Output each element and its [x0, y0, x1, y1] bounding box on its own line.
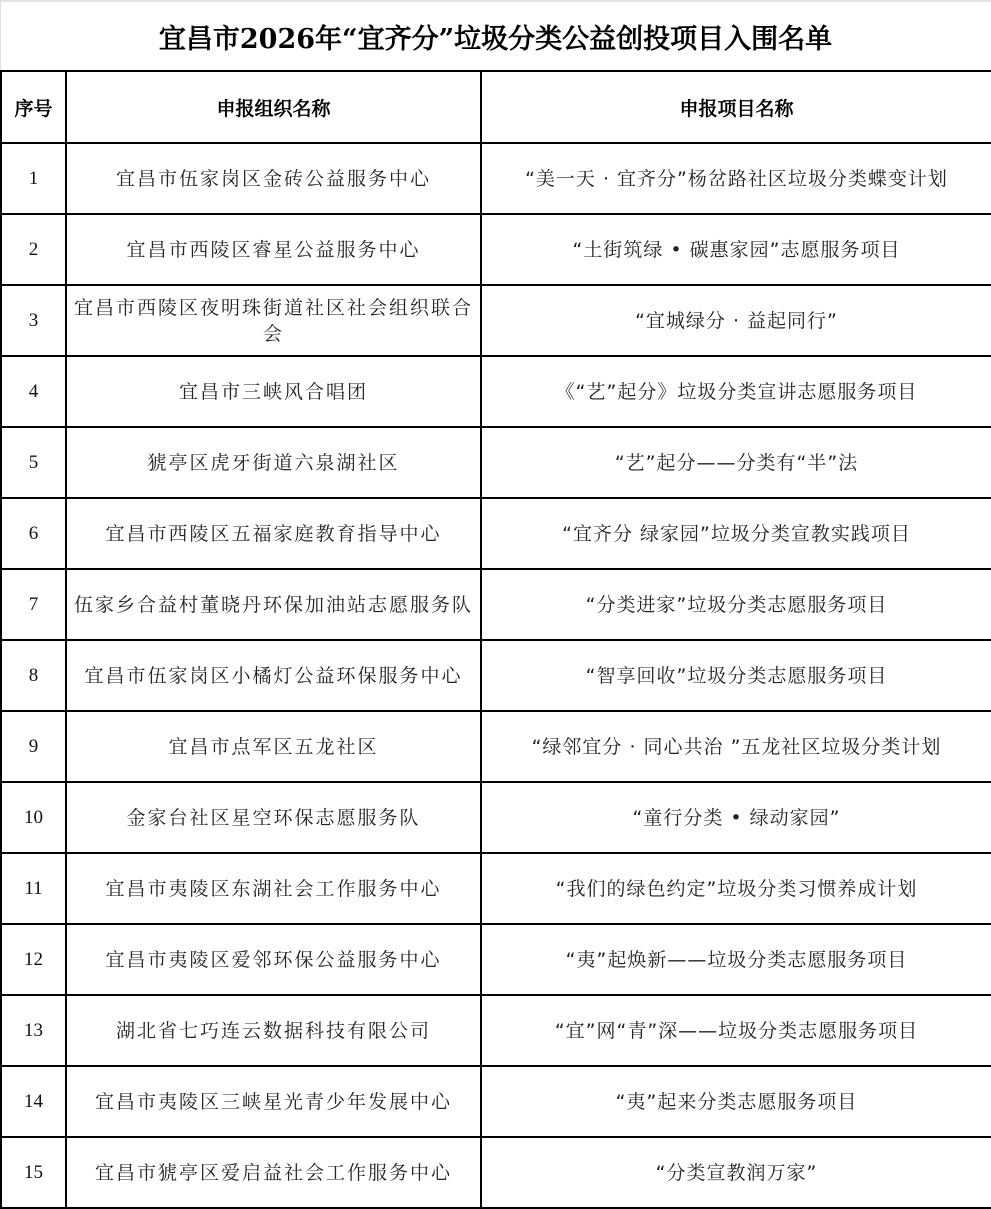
table-row: 9 宜昌市点军区五龙社区 “绿邻宜分 · 同心共治 ”五龙社区垃圾分类计划 [1, 711, 991, 782]
row-serial-number: 7 [1, 569, 66, 640]
row-project-name: “宜”网“青”深——垃圾分类志愿服务项目 [481, 995, 991, 1066]
table-row: 15 宜昌市猇亭区爱启益社会工作服务中心 “分类宣教润万家” [1, 1137, 991, 1208]
row-organization-name: 宜昌市夷陵区东湖社会工作服务中心 [66, 853, 481, 924]
row-organization-name: 猇亭区虎牙街道六泉湖社区 [66, 427, 481, 498]
row-project-name: “土街筑绿 • 碳惠家园”志愿服务项目 [481, 214, 991, 285]
row-serial-number: 15 [1, 1137, 66, 1208]
table-header-row: 序号 申报组织名称 申报项目名称 [1, 71, 991, 143]
table-row: 1 宜昌市伍家岗区金砖公益服务中心 “美一天 · 宜齐分”杨岔路社区垃圾分类蝶变… [1, 143, 991, 214]
table-row: 14 宜昌市夷陵区三峡星光青少年发展中心 “夷”起来分类志愿服务项目 [1, 1066, 991, 1137]
row-organization-name: 宜昌市西陵区夜明珠街道社区社会组织联合会 [66, 285, 481, 356]
row-serial-number: 1 [1, 143, 66, 214]
row-organization-name: 宜昌市西陵区睿星公益服务中心 [66, 214, 481, 285]
row-organization-name: 伍家乡合益村董晓丹环保加油站志愿服务队 [66, 569, 481, 640]
table-row: 11 宜昌市夷陵区东湖社会工作服务中心 “我们的绿色约定”垃圾分类习惯养成计划 [1, 853, 991, 924]
row-organization-name: 宜昌市夷陵区三峡星光青少年发展中心 [66, 1066, 481, 1137]
row-serial-number: 8 [1, 640, 66, 711]
row-project-name: “智享回收”垃圾分类志愿服务项目 [481, 640, 991, 711]
row-organization-name: 宜昌市猇亭区爱启益社会工作服务中心 [66, 1137, 481, 1208]
row-serial-number: 14 [1, 1066, 66, 1137]
row-project-name: “绿邻宜分 · 同心共治 ”五龙社区垃圾分类计划 [481, 711, 991, 782]
table-row: 12 宜昌市夷陵区爱邻环保公益服务中心 “夷”起焕新——垃圾分类志愿服务项目 [1, 924, 991, 995]
table-row: 6 宜昌市西陵区五福家庭教育指导中心 “宜齐分 绿家园”垃圾分类宣教实践项目 [1, 498, 991, 569]
shortlist-table: 序号 申报组织名称 申报项目名称 1 宜昌市伍家岗区金砖公益服务中心 “美一天 … [0, 70, 991, 1209]
row-project-name: “宜城绿分 · 益起同行” [481, 285, 991, 356]
row-organization-name: 宜昌市夷陵区爱邻环保公益服务中心 [66, 924, 481, 995]
row-organization-name: 宜昌市点军区五龙社区 [66, 711, 481, 782]
header-project-name: 申报项目名称 [481, 71, 991, 143]
table-row: 7 伍家乡合益村董晓丹环保加油站志愿服务队 “分类进家”垃圾分类志愿服务项目 [1, 569, 991, 640]
row-serial-number: 12 [1, 924, 66, 995]
table-row: 13 湖北省七巧连云数据科技有限公司 “宜”网“青”深——垃圾分类志愿服务项目 [1, 995, 991, 1066]
row-organization-name: 宜昌市三峡风合唱团 [66, 356, 481, 427]
row-serial-number: 11 [1, 853, 66, 924]
row-organization-name: 宜昌市伍家岗区金砖公益服务中心 [66, 143, 481, 214]
row-project-name: “夷”起焕新——垃圾分类志愿服务项目 [481, 924, 991, 995]
row-project-name: “分类宣教润万家” [481, 1137, 991, 1208]
row-serial-number: 5 [1, 427, 66, 498]
row-serial-number: 13 [1, 995, 66, 1066]
row-project-name: “美一天 · 宜齐分”杨岔路社区垃圾分类蝶变计划 [481, 143, 991, 214]
header-organization-name: 申报组织名称 [66, 71, 481, 143]
table-row: 3 宜昌市西陵区夜明珠街道社区社会组织联合会 “宜城绿分 · 益起同行” [1, 285, 991, 356]
row-organization-name: 宜昌市西陵区五福家庭教育指导中心 [66, 498, 481, 569]
table-row: 4 宜昌市三峡风合唱团 《“艺”起分》垃圾分类宣讲志愿服务项目 [1, 356, 991, 427]
row-project-name: “我们的绿色约定”垃圾分类习惯养成计划 [481, 853, 991, 924]
row-serial-number: 3 [1, 285, 66, 356]
title-bar: 宜昌市2026年“宜齐分”垃圾分类公益创投项目入围名单 [0, 0, 991, 71]
row-project-name: “宜齐分 绿家园”垃圾分类宣教实践项目 [481, 498, 991, 569]
row-organization-name: 金家台社区星空环保志愿服务队 [66, 782, 481, 853]
header-serial-number: 序号 [1, 71, 66, 143]
row-serial-number: 6 [1, 498, 66, 569]
table-row: 10 金家台社区星空环保志愿服务队 “童行分类 • 绿动家园” [1, 782, 991, 853]
row-serial-number: 2 [1, 214, 66, 285]
row-project-name: “艺”起分——分类有“半”法 [481, 427, 991, 498]
row-organization-name: 宜昌市伍家岗区小橘灯公益环保服务中心 [66, 640, 481, 711]
row-project-name: 《“艺”起分》垃圾分类宣讲志愿服务项目 [481, 356, 991, 427]
row-serial-number: 10 [1, 782, 66, 853]
table-row: 2 宜昌市西陵区睿星公益服务中心 “土街筑绿 • 碳惠家园”志愿服务项目 [1, 214, 991, 285]
row-project-name: “夷”起来分类志愿服务项目 [481, 1066, 991, 1137]
page-title: 宜昌市2026年“宜齐分”垃圾分类公益创投项目入围名单 [159, 17, 832, 56]
row-organization-name: 湖北省七巧连云数据科技有限公司 [66, 995, 481, 1066]
row-project-name: “童行分类 • 绿动家园” [481, 782, 991, 853]
row-serial-number: 9 [1, 711, 66, 782]
row-project-name: “分类进家”垃圾分类志愿服务项目 [481, 569, 991, 640]
table-row: 5 猇亭区虎牙街道六泉湖社区 “艺”起分——分类有“半”法 [1, 427, 991, 498]
table-row: 8 宜昌市伍家岗区小橘灯公益环保服务中心 “智享回收”垃圾分类志愿服务项目 [1, 640, 991, 711]
row-serial-number: 4 [1, 356, 66, 427]
